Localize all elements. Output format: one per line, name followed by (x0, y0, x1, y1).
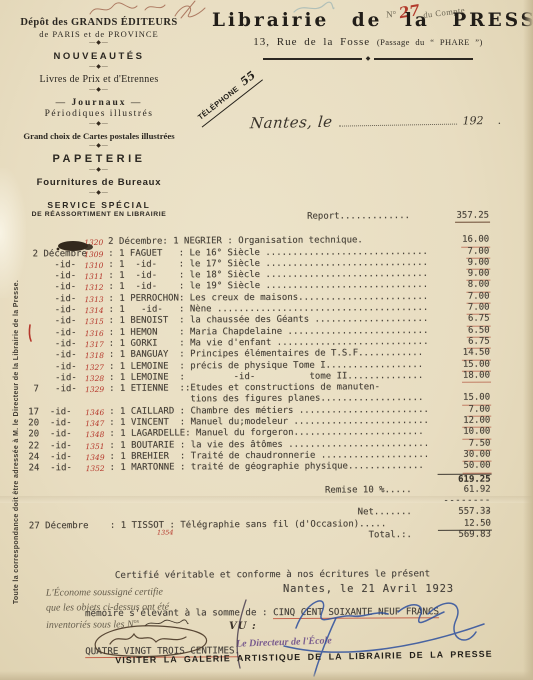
invoice-ref-number: 1351 (85, 442, 109, 451)
dateline-city: Nantes, le (249, 113, 333, 132)
certification-line1: Certifié véritable et conforme à nos écr… (85, 568, 505, 583)
blue-signature (278, 588, 493, 680)
sidebar-ornament-icon (6, 166, 192, 175)
sidebar-ornament-icon (6, 189, 192, 198)
dateline-rule (338, 112, 456, 127)
invoice-amount: 50.00 (438, 461, 492, 474)
invoice-row-day: 7 -id- (28, 384, 85, 396)
sidebar-line: Fournitures de Bureaux (6, 176, 192, 189)
invoice-ref-number: 1349 (85, 453, 109, 462)
invoice-row-day: -id- (28, 328, 85, 340)
invoice-ref-number: 1310 (84, 261, 108, 270)
invoice-row-day: -id- (28, 305, 85, 317)
invoice-row-day: 24 -id- (28, 452, 85, 464)
invoice-body: Report............. 357.25 13202 Décembr… (27, 211, 492, 544)
invoice-row-day: 24 -id- (29, 463, 86, 475)
econome-line2: que les objets ci-dessus ont été (46, 600, 187, 616)
dateline: Nantes, le 192 . (250, 110, 501, 132)
report-row: Report............. 357.25 (27, 211, 490, 225)
masthead: Librairie de la PRESSE 13, Rue de la Fos… (212, 10, 524, 62)
sidebar-line: Grand choix de Cartes postales illustrée… (6, 130, 192, 142)
invoice-row-day: -id- (27, 283, 84, 295)
invoice-ref-number: 1328 (85, 374, 109, 383)
sidebar-ornament-icon (6, 39, 192, 48)
telephone-label: TÉLÉPHONE (196, 84, 241, 122)
invoice-row-day: 27 Décembre (29, 521, 86, 533)
report-amount: 357.25 (436, 211, 490, 224)
invoice-ref-number: 1314 (85, 306, 109, 315)
invoice-rows: 13202 Décembre: 1 NEGRIER : Organisation… (27, 235, 491, 475)
invoice-row-day: 22 -id- (28, 441, 85, 453)
invoice-row-day: -id- (27, 260, 84, 272)
invoice-row-day: 17 -id- (28, 407, 85, 419)
sidebar-line: Livres de Prix et d'Etrennes (6, 73, 192, 86)
sidebar-line: Journaux (6, 97, 192, 109)
invoice-ref-number: 1317 (85, 340, 109, 349)
invoice-ref-number: 1348 (85, 430, 109, 439)
telephone-number: 55 (238, 69, 258, 89)
sidebar-line: SERVICE SPÉCIAL (6, 200, 192, 210)
invoice-amount (437, 382, 491, 394)
report-label: Report............. (27, 211, 436, 225)
sidebar-line: NOUVEAUTÉS (6, 50, 192, 63)
divider-ornament: ◆ (263, 56, 473, 62)
invoice-row-day: 20 -id- (28, 418, 85, 430)
sidebar-line: Dépôt des GRANDS ÉDITEURS (6, 16, 192, 29)
invoice-ref-number: 1315 (85, 317, 109, 326)
econome-line1: L'Économe soussigné certifie (46, 585, 187, 601)
sidebar-ornament-icon (6, 86, 192, 95)
invoice-ref-number: 1347 (85, 419, 109, 428)
company-address: 13, Rue de la Fosse (Passage du “ PHARE … (212, 36, 524, 48)
address-note: (Passage du “ PHARE ”) (377, 37, 483, 47)
invoice-row-day: -id- (28, 316, 85, 328)
invoice-row-day: 20 -id- (28, 429, 85, 441)
invoice-row-day: -id- (28, 339, 85, 351)
invoice-ref-number: 1329 (85, 385, 109, 394)
address-text: 13, Rue de la Fosse (253, 36, 370, 48)
invoice-row-day: -id- (28, 350, 85, 362)
invoice-ref-number: 1354 (157, 529, 174, 537)
invoice-row-day: -id- (27, 294, 84, 306)
sidebar-line: PAPETERIE (6, 152, 192, 166)
sidebar-lines: Dépôt des GRANDS ÉDITEURSde PARIS et de … (6, 16, 192, 219)
invoice-ref-number: 1312 (84, 283, 108, 292)
invoice-row-day: -id- (28, 362, 85, 374)
invoice-ref-number: 1346 (85, 408, 109, 417)
dateline-year: 192 (462, 114, 483, 127)
sidebar-ornament-icon (6, 142, 192, 151)
sidebar-ornament-icon (6, 120, 192, 129)
invoice-row-day: -id- (28, 373, 85, 385)
total-label (29, 481, 438, 483)
invoice-ref-number: 1327 (85, 362, 109, 371)
margin-vertical-note: Toute la correspondance doit être adress… (13, 236, 20, 648)
total-amount: 61.92 (438, 484, 492, 496)
sidebar-line: Périodiques illustrés (6, 109, 192, 120)
company-title: Librairie de la PRESSE (212, 10, 524, 31)
total-amount: 569.83 (438, 530, 492, 542)
sidebar: Dépôt des GRANDS ÉDITEURSde PARIS et de … (6, 16, 192, 219)
sidebar-line: de PARIS et de PROVINCE (6, 29, 192, 39)
invoice-totals: 619.25Remise 10 %.....61.92---------Net.… (29, 473, 492, 544)
invoice-ref-number: 1311 (84, 272, 108, 281)
paper: N° 27 du Compte Dépôt des GRANDS ÉDITEUR… (0, 0, 533, 680)
scanned-invoice: { "colors":{"paper":"#e9dfc4","typewrite… (0, 0, 533, 680)
invoice-ref-number: 1352 (86, 464, 110, 473)
ink-blot (55, 240, 97, 253)
invoice-amount: 12.50 (438, 518, 492, 531)
invoice-ref-number: 1313 (84, 295, 108, 304)
invoice-ref-number: 1316 (85, 329, 109, 338)
sidebar-ornament-icon (6, 63, 192, 72)
red-margin-tick (26, 324, 34, 342)
total-amount: 557.33 (438, 507, 492, 519)
invoice-row-text: : 1 MARTONNE : traité de géographie phys… (110, 461, 438, 474)
invoice-ref-number: 1318 (85, 351, 109, 360)
